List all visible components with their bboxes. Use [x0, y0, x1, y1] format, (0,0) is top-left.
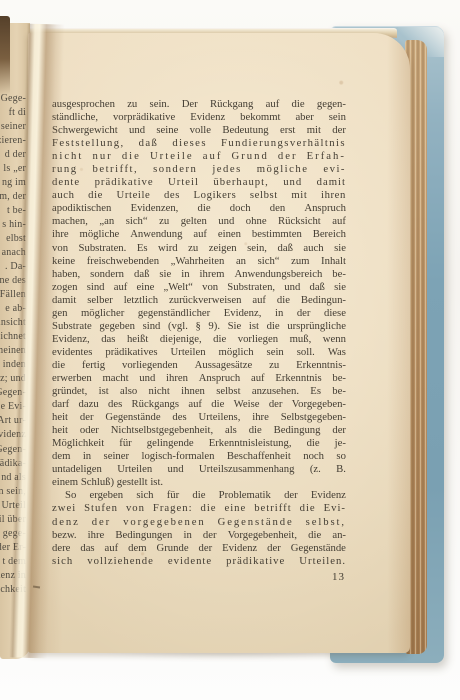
text-line: evidentesprädikativesUrteilenmöglichsein… — [52, 346, 346, 359]
text-line: ausgesprochenzusein.DerRückgangaufdiegeg… — [52, 98, 346, 111]
left-page-line-fragment: rädika- — [0, 457, 26, 470]
spine-edge — [0, 16, 10, 94]
left-page-line-fragment: t dem — [3, 555, 27, 568]
left-page-line-fragment: m, der — [0, 190, 26, 203]
left-page-line-fragment: inden — [3, 358, 26, 371]
left-page-line-fragment: Fällen — [0, 288, 26, 301]
text-line: bezw.ihreBedingungeninderVorgegebenheit,… — [52, 529, 346, 542]
text-line: erwerbenmachtundihrenAnspruchaufErkenntn… — [52, 372, 346, 385]
left-page-line-fragment: ft di — [9, 106, 26, 119]
left-page-line-fragment: t be- — [7, 204, 26, 217]
left-page-line-fragment: t gege- — [0, 527, 26, 540]
right-page: ausgesprochenzusein.DerRückgangaufdiegeg… — [28, 33, 410, 653]
paper-blemish — [33, 586, 40, 589]
left-page-line-fragment: videnz — [0, 428, 26, 441]
left-page-line-fragment: Gegen- — [0, 443, 26, 456]
left-page-line-fragment: s hin- — [2, 218, 26, 231]
text-line: rungbetrifft,sondernjedesmöglicheevi- — [52, 163, 346, 176]
text-line: einemSchluß)gestelltist. — [52, 476, 346, 489]
text-line: SchwergewichtundseinevolleBedeutungerstm… — [52, 124, 346, 137]
left-page-line-fragment: ne des — [0, 274, 26, 287]
page-text-block: ausgesprochenzusein.DerRückgangaufdiegeg… — [52, 98, 346, 568]
text-line: sichvollziehendeevidenteprädikativeUrtei… — [52, 555, 346, 568]
text-line: SoergebensichfürdieProblematikderEvidenz — [52, 489, 346, 502]
text-line: nichtnurdieUrteileaufGrundderErfah- — [52, 150, 346, 163]
text-line: machen,„ansich“zugeltenundohneRücksichta… — [52, 215, 346, 228]
text-line: vonSubstraten.Eswirdzuzeigensein,daßauch… — [52, 242, 346, 255]
text-line: deredasaufdemGrundederEvidenzderGegenstä… — [52, 542, 346, 555]
left-page-line-fragment: z; und — [0, 372, 26, 385]
text-line: heitderGegenständedesUrteilens,ihreSelbs… — [52, 411, 346, 424]
page-number: 13 — [332, 571, 345, 583]
text-line: untadeligenUrteilenundUrteilszusammenhan… — [52, 463, 346, 476]
left-page-line-fragment: Urteil — [1, 499, 26, 512]
text-line: deminseinerlogisch-formalenBeschaffenhei… — [52, 450, 346, 463]
left-page-line-fragment: d der — [5, 148, 26, 161]
text-line: damitselberletztlichzurückverweisenaufdi… — [52, 294, 346, 307]
left-page-line-fragment: anach — [2, 246, 26, 259]
left-page-line-fragment: n sein, — [0, 485, 26, 498]
text-line: zweiStufenvonFragen:dieeinebetrifftdieEv… — [52, 502, 346, 515]
text-line: Substrategegebensind(vgl.§9).Sieistdieur… — [52, 320, 346, 333]
left-page-line-fragment: denz in — [0, 569, 26, 582]
left-page-line-fragment: zieren- — [0, 134, 26, 147]
left-page-line-fragment: insicht — [0, 316, 26, 329]
text-line: denzdervorgegebenenGegenständeselbst, — [52, 516, 346, 529]
left-page-line-fragment: Gegen- — [0, 386, 26, 399]
text-line: denteprädikativeUrteilüberhaupt,unddamit — [52, 176, 346, 189]
text-line: ständliche,vorprädikativeEvidenzbekommta… — [52, 111, 346, 124]
text-line: keinefreischwebenden„Wahrheitenansich“zu… — [52, 255, 346, 268]
left-page-line-fragment: e ab- — [5, 302, 26, 315]
left-page-line-fragment: nd als — [1, 471, 26, 484]
left-page-line-fragment: il über — [0, 513, 26, 526]
left-page-line-fragment: ls „er — [3, 162, 26, 175]
text-line: gründet,istalsonichtihnenselbstanzusehen… — [52, 385, 346, 398]
text-line: MöglichkeitfürgelingendeErkenntnisleistu… — [52, 437, 346, 450]
text-line: genmöglichergegenständlicherEvidenz,inde… — [52, 307, 346, 320]
left-page-line-fragment: ichkeit — [0, 583, 26, 596]
left-page-line-fragment: elbst — [6, 232, 26, 245]
left-page-line-fragment: Art ur- — [0, 414, 26, 427]
left-page-line-fragment: e Evi- — [1, 400, 26, 413]
text-line: ihremöglicheAnwendungaufeinenbestimmtenB… — [52, 228, 346, 241]
text-line: zogensindaufeine„Welt“vonSubstraten,undd… — [52, 281, 346, 294]
book-photograph: Gege-ft diseinerzieren-d derls „erng imm… — [0, 0, 460, 700]
text-line: haben,sonderndaßsieinihremAnwendungsbere… — [52, 268, 346, 281]
text-line: Feststellung,daßdiesesFundierungsverhält… — [52, 137, 346, 150]
left-page-sliver: Gege-ft diseinerzieren-d derls „erng imm… — [0, 23, 30, 659]
left-page-line-fragment: eichnet — [0, 330, 26, 343]
text-line: diefertigvorliegendenAussagesätzezuErken… — [52, 359, 346, 372]
left-page-line-fragment: . Da- — [5, 260, 26, 273]
left-page-line-fragment: meinen — [0, 344, 26, 357]
left-page-line-fragment: der Er- — [0, 541, 26, 554]
text-line: Evidenz,dasheißtdiejenige,dievorliegenmu… — [52, 333, 346, 346]
text-line: apodiktischenEvidenzen,diedochdenAnspruc… — [52, 202, 346, 215]
left-page-line-fragment: seiner — [1, 120, 26, 133]
left-page-line-fragment: ng im — [2, 176, 26, 189]
text-line: auchdieUrteiledesLogikersselbstmitihren — [52, 189, 346, 202]
text-line: darfdazudesRückgangsaufdieWeisederVorgeg… — [52, 398, 346, 411]
text-line: heitoderNichtselbstgegebenheit,alsdieBed… — [52, 424, 346, 437]
